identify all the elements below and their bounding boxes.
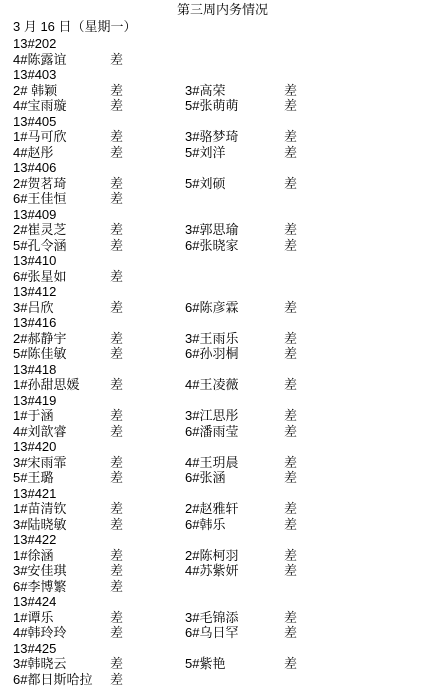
grade-label: 差 xyxy=(110,145,123,161)
student-name: 4#王玥晨 xyxy=(185,455,238,471)
student-name: 6#张星如 xyxy=(13,269,66,285)
grade-label: 差 xyxy=(284,346,297,362)
grade-label: 差 xyxy=(284,563,297,579)
entry-row: 3#宋雨霏 差 4#王玥晨 差 xyxy=(0,455,445,471)
student-name: 5#刘硕 xyxy=(185,176,225,192)
grade-label: 差 xyxy=(284,98,297,114)
grade-label: 差 xyxy=(110,300,123,316)
entry-row: 6#李博繁 差 xyxy=(0,579,445,595)
entry-row: 4#韩玲玲 差 6#乌日罕 差 xyxy=(0,625,445,641)
room-number-row: 13#421 xyxy=(0,486,445,502)
entry-row: 2#郝静宇 差 3#王雨乐 差 xyxy=(0,331,445,347)
room-number: 13#410 xyxy=(13,253,56,269)
grade-label: 差 xyxy=(284,145,297,161)
room-number-row: 13#425 xyxy=(0,641,445,657)
grade-label: 差 xyxy=(284,331,297,347)
grade-label: 差 xyxy=(110,625,123,641)
document-page: 第三周内务情况 3 月 16 日（星期一） 13#202 4#陈露谊 差 13#… xyxy=(0,0,445,696)
entry-row: 6#王佳恒 差 xyxy=(0,191,445,207)
student-name: 6#韩乐 xyxy=(185,517,225,533)
grade-label: 差 xyxy=(110,424,123,440)
student-name: 3#宋雨霏 xyxy=(13,455,66,471)
student-name: 6#王佳恒 xyxy=(13,191,66,207)
entry-row: 6#张星如 差 xyxy=(0,269,445,285)
grade-label: 差 xyxy=(284,238,297,254)
entry-row: 3#安佳琪 差 4#苏紫妍 差 xyxy=(0,563,445,579)
student-name: 3#吕欣 xyxy=(13,300,53,316)
grade-label: 差 xyxy=(110,563,123,579)
entry-row: 6#都日斯哈拉 差 xyxy=(0,672,445,688)
student-name: 3#毛锦添 xyxy=(185,610,238,626)
grade-label: 差 xyxy=(110,470,123,486)
student-name: 4#王凌薇 xyxy=(185,377,238,393)
grade-label: 差 xyxy=(110,129,123,145)
entry-row: 4#刘歆睿 差 6#潘雨莹 差 xyxy=(0,424,445,440)
student-name: 6#孙羽桐 xyxy=(185,346,238,362)
student-name: 1#于涵 xyxy=(13,408,53,424)
grade-label: 差 xyxy=(284,129,297,145)
student-name: 6#潘雨莹 xyxy=(185,424,238,440)
room-number: 13#416 xyxy=(13,315,56,331)
grade-label: 差 xyxy=(110,98,123,114)
entry-row: 4#宝雨璇 差 5#张萌萌 差 xyxy=(0,98,445,114)
student-name: 3#安佳琪 xyxy=(13,563,66,579)
grade-label: 差 xyxy=(110,176,123,192)
student-name: 1#徐涵 xyxy=(13,548,53,564)
student-name: 6#李博繁 xyxy=(13,579,66,595)
room-number: 13#419 xyxy=(13,393,56,409)
grade-label: 差 xyxy=(284,517,297,533)
room-number-row: 13#418 xyxy=(0,362,445,378)
student-name: 5#刘洋 xyxy=(185,145,225,161)
grade-label: 差 xyxy=(284,408,297,424)
room-number: 13#425 xyxy=(13,641,56,657)
grade-label: 差 xyxy=(284,455,297,471)
room-number-row: 13#202 xyxy=(0,36,445,52)
grade-label: 差 xyxy=(110,331,123,347)
grade-label: 差 xyxy=(110,501,123,517)
student-name: 2#陈柯羽 xyxy=(185,548,238,564)
student-name: 3#郭思瑜 xyxy=(185,222,238,238)
grade-label: 差 xyxy=(110,672,123,688)
student-name: 1#马可欣 xyxy=(13,129,66,145)
room-number-row: 13#403 xyxy=(0,67,445,83)
student-name: 6#陈彦霖 xyxy=(185,300,238,316)
grade-label: 差 xyxy=(284,300,297,316)
student-name: 3#王雨乐 xyxy=(185,331,238,347)
student-name: 4#韩玲玲 xyxy=(13,625,66,641)
entry-row: 5#王璐 差 6#张涵 差 xyxy=(0,470,445,486)
grade-label: 差 xyxy=(110,191,123,207)
grade-label: 差 xyxy=(284,656,297,672)
grade-label: 差 xyxy=(284,548,297,564)
student-name: 3#江思彤 xyxy=(185,408,238,424)
room-number-row: 13#419 xyxy=(0,393,445,409)
student-name: 2#郝静宇 xyxy=(13,331,66,347)
student-name: 6#张涵 xyxy=(185,470,225,486)
room-number: 13#421 xyxy=(13,486,56,502)
grade-label: 差 xyxy=(284,424,297,440)
room-number-row: 13#405 xyxy=(0,114,445,130)
document-title: 第三周内务情况 xyxy=(0,2,445,18)
grade-label: 差 xyxy=(110,408,123,424)
room-number-row: 13#422 xyxy=(0,532,445,548)
grade-label: 差 xyxy=(110,83,123,99)
grade-label: 差 xyxy=(284,470,297,486)
room-number: 13#422 xyxy=(13,532,56,548)
student-name: 2#崔灵芝 xyxy=(13,222,66,238)
entry-row: 1#苗清钦 差 2#赵雅轩 差 xyxy=(0,501,445,517)
student-name: 5#张萌萌 xyxy=(185,98,238,114)
grade-label: 差 xyxy=(110,610,123,626)
grade-label: 差 xyxy=(110,579,123,595)
student-name: 4#赵彤 xyxy=(13,145,53,161)
room-number-row: 13#424 xyxy=(0,594,445,610)
room-number: 13#412 xyxy=(13,284,56,300)
grade-label: 差 xyxy=(284,176,297,192)
student-name: 3#韩晓云 xyxy=(13,656,66,672)
entry-row: 1#马可欣 差 3#骆梦琦 差 xyxy=(0,129,445,145)
grade-label: 差 xyxy=(110,517,123,533)
grade-label: 差 xyxy=(110,269,123,285)
entry-row: 1#徐涵 差 2#陈柯羽 差 xyxy=(0,548,445,564)
entry-row: 3#吕欣 差 6#陈彦霖 差 xyxy=(0,300,445,316)
entry-row: 3#韩晓云 差 5#紫艳 差 xyxy=(0,656,445,672)
room-number-row: 13#410 xyxy=(0,253,445,269)
date-line: 3 月 16 日（星期一） xyxy=(13,19,137,35)
entry-row: 4#陈露谊 差 xyxy=(0,52,445,68)
student-name: 1#谭乐 xyxy=(13,610,53,626)
room-number: 13#424 xyxy=(13,594,56,610)
student-name: 4#陈露谊 xyxy=(13,52,66,68)
student-name: 6#都日斯哈拉 xyxy=(13,672,92,688)
grade-label: 差 xyxy=(110,656,123,672)
room-number-row: 13#416 xyxy=(0,315,445,331)
entry-row: 2# 韩颖 差 3#高荣 差 xyxy=(0,83,445,99)
room-number: 13#420 xyxy=(13,439,56,455)
student-name: 6#张晓家 xyxy=(185,238,238,254)
grade-label: 差 xyxy=(284,83,297,99)
student-name: 4#宝雨璇 xyxy=(13,98,66,114)
room-number-row: 13#420 xyxy=(0,439,445,455)
grade-label: 差 xyxy=(110,548,123,564)
grade-label: 差 xyxy=(284,625,297,641)
student-name: 4#苏紫妍 xyxy=(185,563,238,579)
entry-row: 2#贺茗琦 差 5#刘硕 差 xyxy=(0,176,445,192)
grade-label: 差 xyxy=(284,377,297,393)
inspection-list: 13#202 4#陈露谊 差 13#403 2# 韩颖 差 3#高荣 差 4#宝… xyxy=(0,36,445,687)
room-number-row: 13#412 xyxy=(0,284,445,300)
student-name: 2#贺茗琦 xyxy=(13,176,66,192)
student-name: 5#陈佳敏 xyxy=(13,346,66,362)
entry-row: 2#崔灵芝 差 3#郭思瑜 差 xyxy=(0,222,445,238)
entry-row: 1#于涵 差 3#江思彤 差 xyxy=(0,408,445,424)
grade-label: 差 xyxy=(284,501,297,517)
entry-row: 4#赵彤 差 5#刘洋 差 xyxy=(0,145,445,161)
entry-row: 5#孔令涵 差 6#张晓家 差 xyxy=(0,238,445,254)
entry-row: 5#陈佳敏 差 6#孙羽桐 差 xyxy=(0,346,445,362)
room-number: 13#418 xyxy=(13,362,56,378)
grade-label: 差 xyxy=(110,52,123,68)
entry-row: 1#孙甜思媛 差 4#王凌薇 差 xyxy=(0,377,445,393)
student-name: 2# 韩颖 xyxy=(13,83,57,99)
room-number: 13#403 xyxy=(13,67,56,83)
room-number-row: 13#409 xyxy=(0,207,445,223)
student-name: 3#高荣 xyxy=(185,83,225,99)
grade-label: 差 xyxy=(284,610,297,626)
entry-row: 1#谭乐 差 3#毛锦添 差 xyxy=(0,610,445,626)
student-name: 1#苗清钦 xyxy=(13,501,66,517)
grade-label: 差 xyxy=(110,346,123,362)
student-name: 6#乌日罕 xyxy=(185,625,238,641)
grade-label: 差 xyxy=(284,222,297,238)
grade-label: 差 xyxy=(110,377,123,393)
room-number-row: 13#406 xyxy=(0,160,445,176)
room-number: 13#406 xyxy=(13,160,56,176)
student-name: 5#王璐 xyxy=(13,470,53,486)
student-name: 5#孔令涵 xyxy=(13,238,66,254)
student-name: 1#孙甜思媛 xyxy=(13,377,79,393)
grade-label: 差 xyxy=(110,222,123,238)
student-name: 2#赵雅轩 xyxy=(185,501,238,517)
room-number: 13#409 xyxy=(13,207,56,223)
grade-label: 差 xyxy=(110,238,123,254)
grade-label: 差 xyxy=(110,455,123,471)
entry-row: 3#陆晓敏 差 6#韩乐 差 xyxy=(0,517,445,533)
room-number: 13#202 xyxy=(13,36,56,52)
student-name: 3#骆梦琦 xyxy=(185,129,238,145)
student-name: 4#刘歆睿 xyxy=(13,424,66,440)
student-name: 5#紫艳 xyxy=(185,656,225,672)
student-name: 3#陆晓敏 xyxy=(13,517,66,533)
room-number: 13#405 xyxy=(13,114,56,130)
